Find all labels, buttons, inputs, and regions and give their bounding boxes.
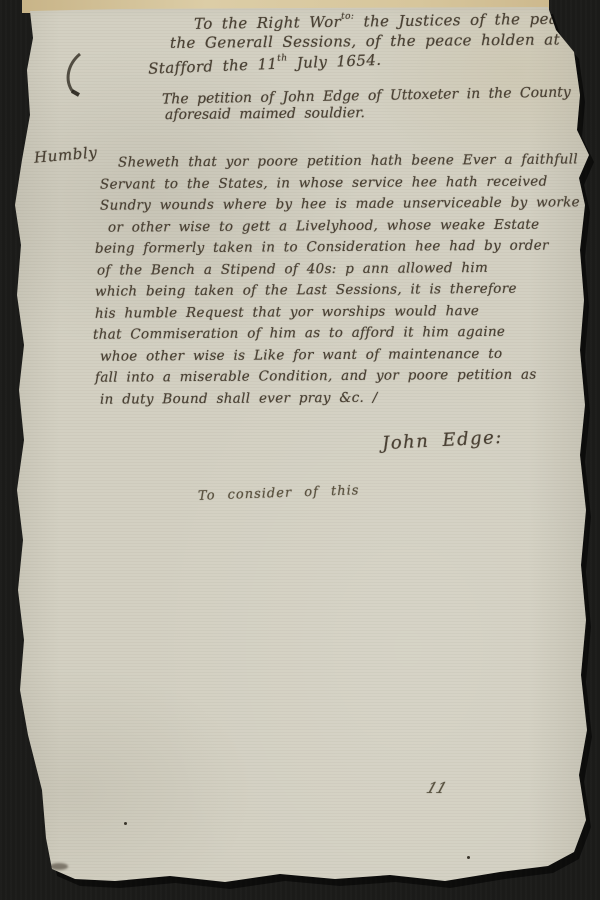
heading-line-1: To the Right Worto: the Justices of the … (194, 9, 600, 33)
manuscript-scan: To the Right Worto: the Justices of the … (0, 0, 600, 900)
body-line: that Commiseration of him as to afford i… (93, 321, 580, 346)
ink-speck (124, 822, 127, 825)
body-line: Sundry wounds where by hee is made unser… (100, 192, 580, 217)
endorsement-note: To consider of this (198, 483, 360, 504)
manuscript-paper: To the Right Worto: the Justices of the … (0, 0, 600, 900)
salutation-line-2: aforesaid maimed souldier. (165, 103, 571, 123)
paper-hole (60, 48, 90, 100)
petition-body: Sheweth that yor poore petition hath bee… (92, 151, 580, 409)
superscript: to: (341, 12, 354, 22)
body-line: in duty Bound shall ever pray &c. / (100, 386, 580, 411)
body-line: being formerly taken in to Consideration… (95, 235, 580, 260)
body-line: which being taken of the Last Sessions, … (95, 278, 580, 303)
heading-block: To the Right Worto: the Justices of the … (148, 12, 600, 69)
body-line: fall into a miserable Condition, and yor… (95, 364, 580, 389)
folio-number: 11 (422, 779, 451, 797)
margin-word-humbly: Humbly (33, 143, 98, 166)
salutation-block: The petition of John Edge of Uttoxeter i… (162, 88, 571, 121)
edge-smudge (50, 863, 68, 870)
body-line: Sheweth that yor poore petition hath bee… (118, 149, 580, 174)
signature: John Edge: (382, 427, 504, 454)
ink-speck (467, 856, 470, 859)
superscript: th (277, 53, 288, 63)
